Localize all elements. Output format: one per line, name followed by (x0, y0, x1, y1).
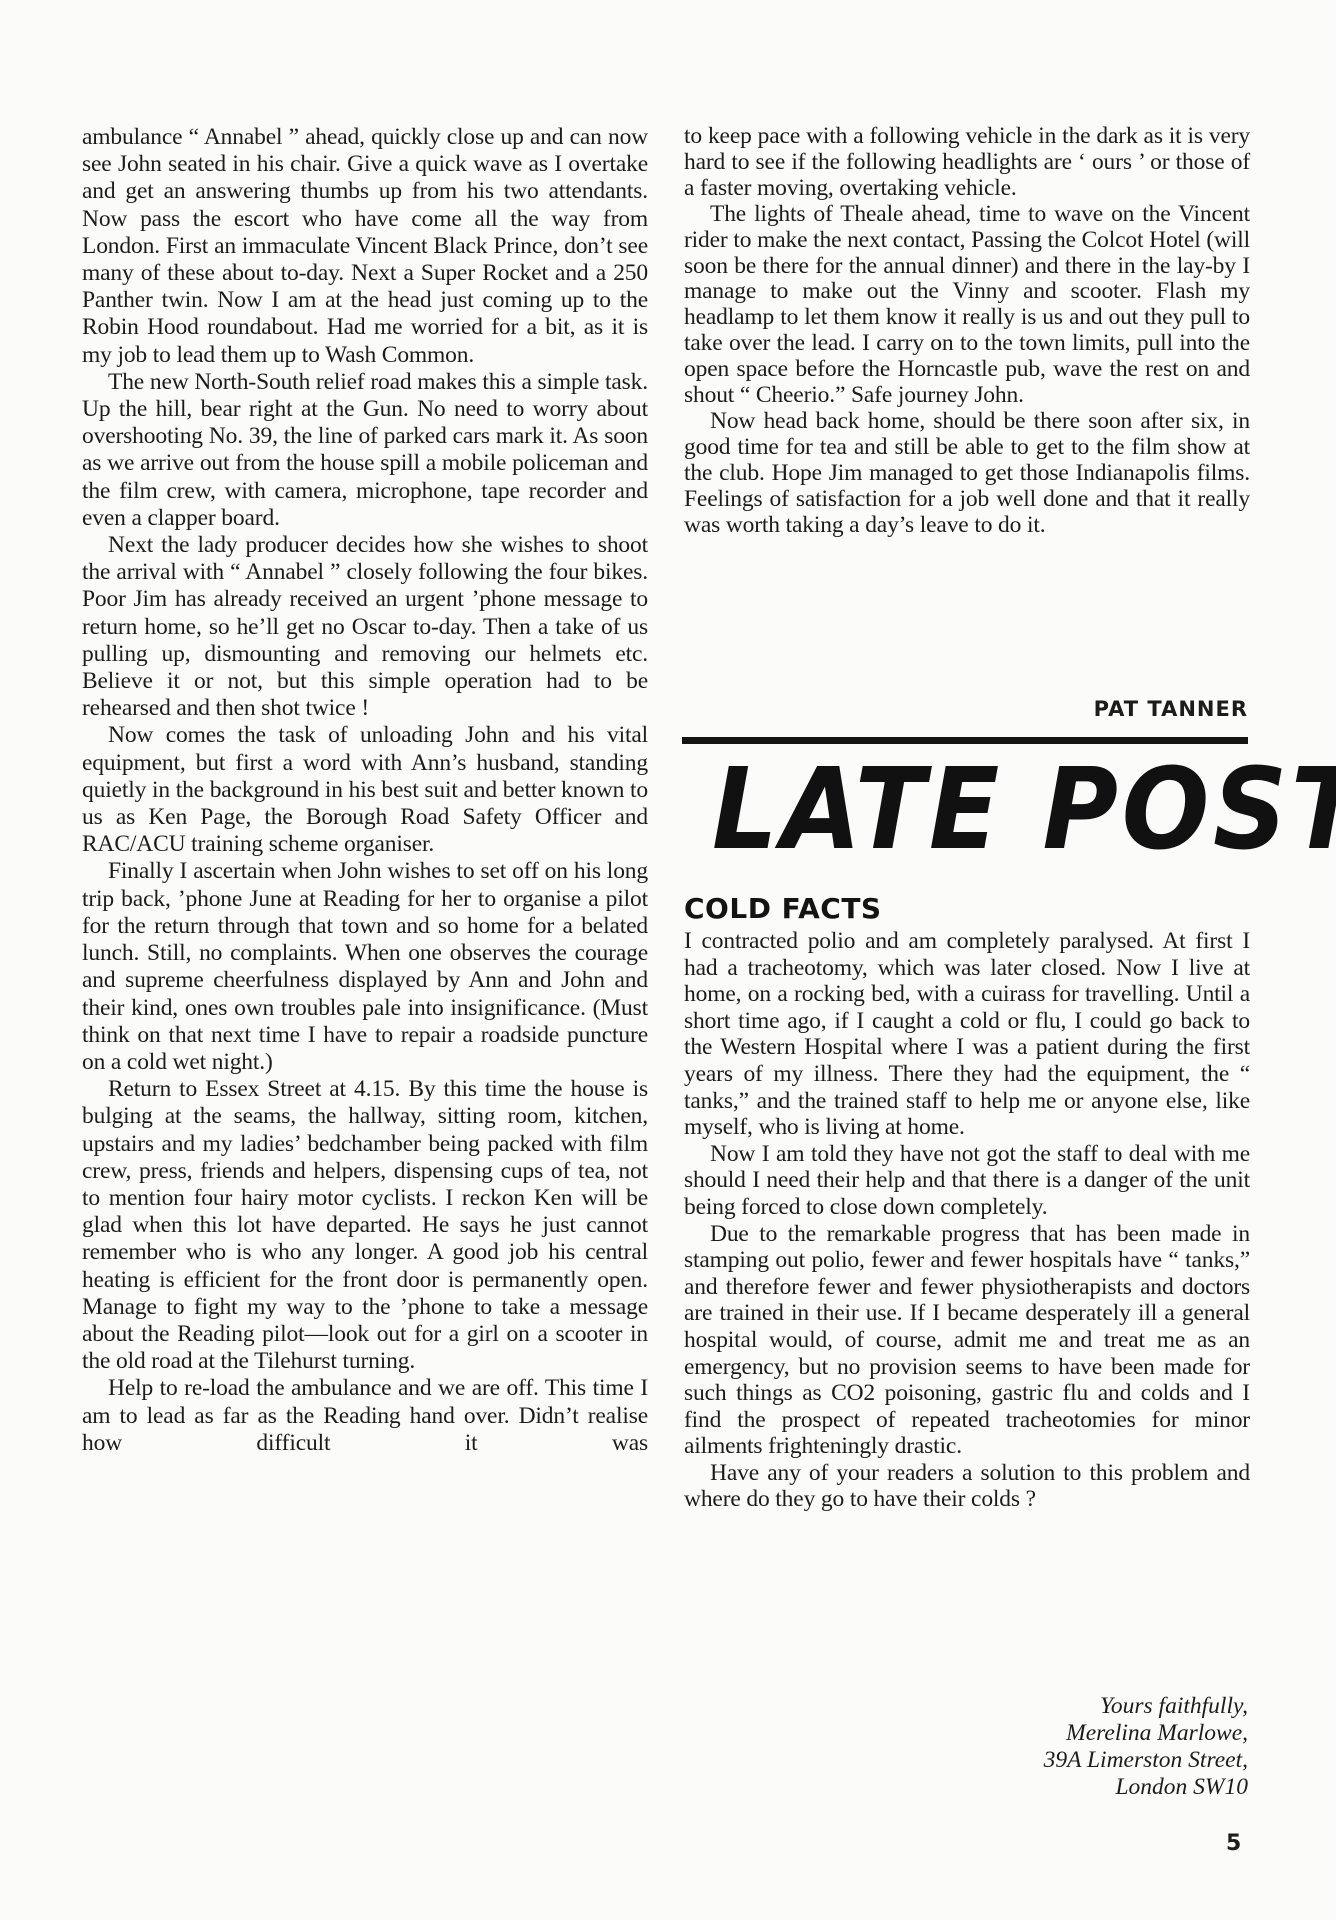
paragraph: Due to the remarkable progress that has … (684, 1221, 1250, 1460)
paragraph: Return to Essex Street at 4.15. By this … (82, 1076, 648, 1375)
letter-body: I contracted polio and am completely par… (684, 928, 1250, 1513)
page-number: 5 (1226, 1832, 1241, 1856)
article-left-column: ambulance “ Annabel ” ahead, quickly clo… (82, 124, 648, 1457)
signature-address-street: 39A Limerston Street, (1044, 1747, 1248, 1774)
paragraph: I contracted polio and am completely par… (684, 928, 1250, 1141)
signature-closing: Yours faithfully, (1044, 1693, 1248, 1720)
paragraph: to keep pace with a following vehicle in… (684, 124, 1250, 202)
paragraph: ambulance “ Annabel ” ahead, quickly clo… (82, 124, 648, 369)
paragraph: Now comes the task of unloading John and… (82, 722, 648, 858)
letter-signature: Yours faithfully, Merelina Marlowe, 39A … (1044, 1693, 1248, 1801)
paragraph: Help to re-load the ambulance and we are… (82, 1375, 648, 1457)
paragraph: Have any of your readers a solution to t… (684, 1460, 1250, 1513)
paragraph: Finally I ascertain when John wishes to … (82, 858, 648, 1076)
letter-title: COLD FACTS (684, 893, 882, 925)
section-divider (682, 737, 1248, 744)
paragraph: The new North-South relief road makes th… (82, 369, 648, 532)
section-headline: LATE POST (712, 750, 1190, 870)
paragraph: Now I am told they have not got the staf… (684, 1141, 1250, 1221)
signature-name: Merelina Marlowe, (1044, 1720, 1248, 1747)
paragraph: The lights of Theale ahead, time to wave… (684, 202, 1250, 409)
article-right-column: to keep pace with a following vehicle in… (684, 124, 1250, 539)
paragraph: Next the lady producer decides how she w… (82, 532, 648, 722)
author-byline: PAT TANNER (684, 697, 1248, 721)
paragraph: Now head back home, should be there soon… (684, 409, 1250, 539)
signature-address-city: London SW10 (1044, 1774, 1248, 1801)
